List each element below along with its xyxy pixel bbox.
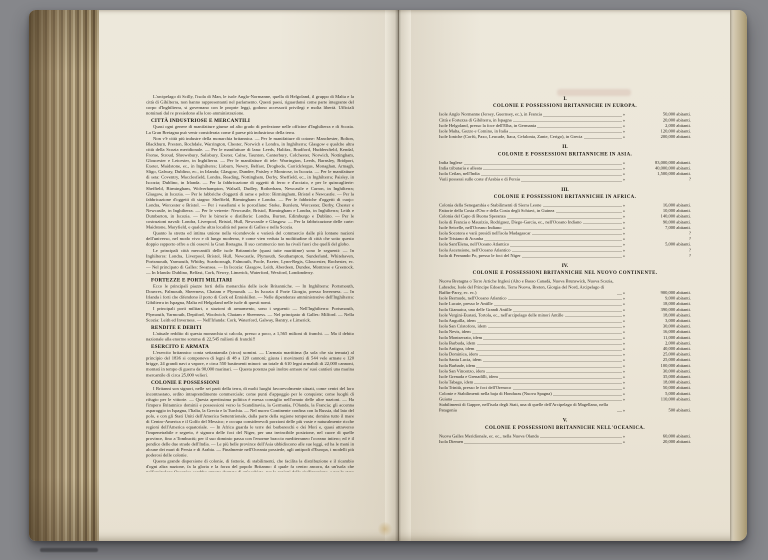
- colony-list: Nuova Galles Meridionale, ec. ec., nella…: [439, 433, 691, 444]
- population-value: 200,000 abitanti.: [627, 134, 691, 140]
- body-paragraph: Ecco le principali piazze forti della mo…: [146, 284, 354, 306]
- dotted-leader: [485, 240, 622, 241]
- section-heading: FORTEZZE E PORTI MILITARI: [146, 278, 354, 284]
- colony-name: Nuova Bretagna o Terre Artiche Inglesi (…: [439, 279, 616, 296]
- dotted-leader: [511, 246, 622, 247]
- section-heading: ESERCITO E ARMATA: [146, 344, 354, 350]
- section-title: COLONIE E POSSESSIONI BRITANNICHE IN ASI…: [439, 151, 691, 157]
- ditto-mark: »: [623, 134, 625, 140]
- body-paragraph: L'esercito britannico conta settantamila…: [146, 350, 354, 378]
- left-intro-paragraph: L'arcipelago di Scilly, l'isola di Man, …: [146, 94, 354, 116]
- dotted-leader: [475, 384, 622, 385]
- dotted-leader: [556, 212, 621, 213]
- dotted-leader: [477, 367, 622, 368]
- dotted-leader: [499, 378, 621, 379]
- dotted-leader: [464, 164, 621, 165]
- population-value: 110,000 abitanti.: [627, 396, 691, 402]
- section-heading: CITTÀ INDUSTRIOSE E MERCANTILI: [146, 118, 354, 124]
- colony-list: Colonia della Senegambia e Stabilimenti …: [439, 203, 691, 259]
- population-value: ?: [627, 253, 691, 259]
- colony-list-item: Stabilimenti di Gappre, nell'isola degli…: [439, 402, 691, 413]
- dotted-leader: [488, 328, 621, 329]
- dotted-leader: [479, 356, 621, 357]
- dotted-leader: [483, 170, 621, 171]
- colony-name: Stabilimenti di Gappre, nell'isola degli…: [439, 402, 616, 413]
- section-numeral: V.: [439, 418, 691, 424]
- body-paragraph: Questa grande dispersione di colonie, di…: [146, 458, 354, 472]
- section-title: COLONIE E POSSESSIONI BRITANNICHE IN EUR…: [439, 103, 691, 109]
- dotted-leader: [617, 294, 621, 295]
- colony-section: V.COLONIE E POSSESSIONI BRITANNICHE NELL…: [439, 418, 691, 445]
- colony-name: Isola di Fernando Po, presso le foci del…: [439, 253, 521, 259]
- colony-list-item: Isola Diemen»20,000 abitanti.: [439, 439, 691, 445]
- dotted-leader: [486, 372, 621, 373]
- body-paragraph: L'attuale reddito di questa monarchia si…: [146, 331, 354, 342]
- dotted-leader: [512, 251, 621, 252]
- section-numeral: III.: [439, 187, 691, 193]
- dotted-leader: [513, 389, 621, 390]
- dotted-leader: [476, 350, 621, 351]
- population-value: ?: [627, 177, 691, 183]
- ditto-mark: »: [623, 408, 625, 414]
- dotted-leader: [508, 300, 621, 301]
- dotted-leader: [477, 322, 621, 323]
- colony-list: Isole Anglo Normanne (Jersey, Guernsey, …: [439, 112, 691, 140]
- section-heading: RENDITE E DEBITI: [146, 325, 354, 331]
- dotted-leader: [454, 400, 622, 401]
- left-page-text: L'arcipelago di Scilly, l'isola di Man, …: [146, 94, 354, 472]
- colony-list-item: Nuova Bretagna o Terre Artiche Inglesi (…: [439, 279, 691, 296]
- dotted-leader: [532, 235, 621, 236]
- dotted-leader: [483, 361, 621, 362]
- dotted-leader: [507, 218, 621, 219]
- open-book: L'arcipelago di Scilly, l'isola di Man, …: [29, 10, 747, 541]
- dotted-leader: [503, 229, 621, 230]
- dotted-leader: [553, 395, 621, 396]
- body-paragraph: Le principali città mercantili delle iso…: [146, 248, 354, 276]
- colony-name: Varii possessi sulle coste d'Arabia e di…: [439, 177, 520, 183]
- colony-name: Colonie e Stabilimenti nella baja di Hon…: [439, 391, 552, 397]
- page-stain: [377, 522, 393, 536]
- colony-list-item: Isola di Fernando Po, presso le foci del…: [439, 253, 691, 259]
- dotted-leader: [465, 443, 622, 444]
- dotted-leader: [565, 316, 621, 317]
- colony-list-item: Varii possessi sulle coste d'Arabia e di…: [439, 177, 691, 183]
- section-heading: COLONIE E POSSESSIONI: [146, 380, 354, 386]
- colony-section: II.COLONIE E POSSESSIONI BRITANNICHE IN …: [439, 144, 691, 182]
- ditto-mark: »: [623, 439, 625, 445]
- body-paragraph: Quasi ogni genere di manifatture giunse …: [146, 124, 354, 135]
- population-value: 20,000 abitanti.: [627, 439, 691, 445]
- photo-watermark: [40, 548, 98, 552]
- colony-list: India Inglese»83,000,000 abitanti.India …: [439, 160, 691, 182]
- dotted-leader: [522, 257, 621, 258]
- photograph-of-open-book: { "page_left": { "intro": "L'arcipelago …: [0, 0, 768, 560]
- section-title: COLONIE E POSSESSIONI BRITANNICHE NELL'O…: [439, 425, 691, 431]
- dotted-leader: [513, 311, 621, 312]
- ditto-mark: »: [623, 396, 625, 402]
- body-paragraph: I Britanni son signori, nelle sei parti …: [146, 386, 354, 458]
- section-title: COLONIE E POSSESSIONI BRITANNICHE IN AFR…: [439, 194, 691, 200]
- colony-name: Isola Diemen: [439, 439, 463, 445]
- colony-name: Isole Ioniche (Corfù, Paxo, Leucade, Ita…: [439, 134, 582, 140]
- section-title: COLONIE E POSSESSIONI BRITANNICHE NEL NU…: [439, 270, 691, 276]
- dotted-leader: [481, 175, 621, 176]
- dotted-leader: [538, 127, 622, 128]
- book-page-stack-right: [730, 10, 747, 541]
- section-numeral: IV.: [439, 263, 691, 269]
- body-paragraph: Non v'è città più industre della monarch…: [146, 136, 354, 230]
- dotted-leader: [617, 412, 621, 413]
- section-numeral: II.: [439, 144, 691, 150]
- left-page: L'arcipelago di Scilly, l'isola di Man, …: [146, 94, 354, 472]
- body-paragraph: Quanto la stretta ed intima unione nella…: [146, 231, 354, 248]
- ditto-mark: »: [623, 177, 625, 183]
- right-page: I.COLONIE E POSSESSIONI BRITANNICHE IN E…: [439, 94, 691, 486]
- dotted-leader: [494, 305, 621, 306]
- dotted-leader: [510, 133, 622, 134]
- book-fore-edge-left: [29, 10, 99, 541]
- population-value: 500 abitanti.: [627, 408, 691, 414]
- colony-section: IV.COLONIE E POSSESSIONI BRITANNICHE NEL…: [439, 263, 691, 413]
- dotted-leader: [521, 181, 621, 182]
- dotted-leader: [484, 339, 622, 340]
- colony-section: I.COLONIE E POSSESSIONI BRITANNICHE IN E…: [439, 96, 691, 140]
- dotted-leader: [543, 207, 621, 208]
- book-gutter: [385, 10, 411, 541]
- body-paragraph: I principali porti militari, o stazioni …: [146, 306, 354, 323]
- colony-section: III.COLONIE E POSSESSIONI BRITANNICHE IN…: [439, 187, 691, 259]
- dotted-leader: [540, 437, 621, 438]
- dotted-leader: [583, 223, 621, 224]
- colony-list-item: Isole Ioniche (Corfù, Paxo, Leucade, Ita…: [439, 134, 691, 140]
- dotted-leader: [544, 116, 622, 117]
- colony-list: Nuova Bretagna o Terre Artiche Inglesi (…: [439, 279, 691, 413]
- ditto-mark: »: [623, 253, 625, 259]
- dotted-leader: [477, 344, 621, 345]
- section-numeral: I.: [439, 96, 691, 102]
- dotted-leader: [513, 121, 621, 122]
- right-page-text: I.COLONIE E POSSESSIONI BRITANNICHE IN E…: [439, 96, 691, 445]
- dotted-leader: [472, 333, 621, 334]
- dotted-leader: [584, 138, 621, 139]
